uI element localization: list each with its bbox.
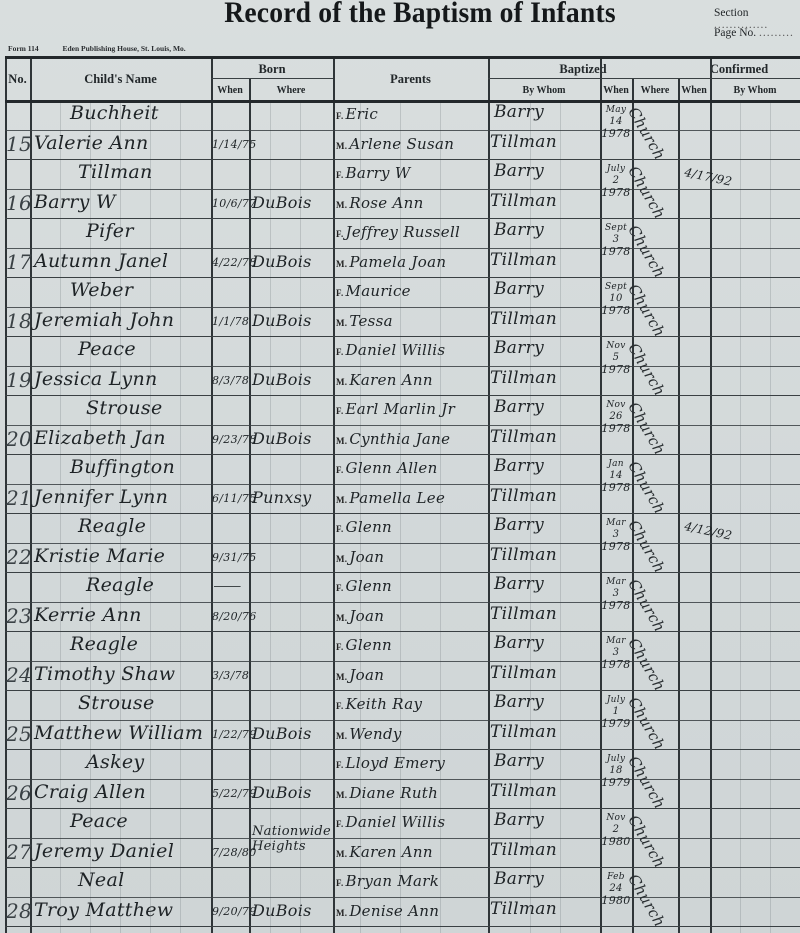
baptized-by-last: Tillman (490, 309, 557, 329)
child-given-names: Elizabeth Jan (34, 427, 166, 449)
father-prefix: F. (336, 878, 344, 888)
born-date: 1/1/78 (212, 315, 249, 328)
header-parents: Parents (333, 72, 488, 87)
father-prefix: F. (336, 760, 344, 770)
baptized-date: Nov51978 (601, 340, 631, 376)
father-name: Daniel Willis (346, 341, 446, 359)
entry-number: 24 (6, 663, 32, 687)
mother-name: Karen Ann (349, 371, 432, 389)
mother-prefix: M. (336, 141, 347, 151)
child-surname: Buchheit (70, 102, 159, 124)
child-surname: Tillman (78, 161, 153, 183)
baptized-by-first: Barry (494, 397, 544, 417)
mother-name: Joan (349, 607, 384, 625)
baptized-date-part: 1979 (601, 777, 631, 789)
mother-prefix: M. (336, 259, 347, 269)
born-place: Nationwide Heights (252, 824, 332, 854)
father-field: F.Glenn (336, 636, 392, 654)
born-date: 6/11/75 (212, 492, 257, 505)
baptized-date: Nov261978 (601, 399, 631, 435)
father-prefix: F. (336, 406, 344, 416)
child-given-names: Barry W (34, 191, 116, 213)
mother-field: M.Joan (336, 548, 384, 566)
mother-field: M.Joan (336, 666, 384, 684)
mother-name: Karen Ann (349, 843, 432, 861)
baptized-by-last: Tillman (490, 427, 557, 447)
baptized-by-first: Barry (494, 102, 544, 122)
born-date: 9/23/78 (212, 433, 257, 446)
born-date: 4/22/78 (212, 256, 257, 269)
born-date: 8/3/78 (212, 374, 249, 387)
born-subheader-rule (211, 78, 333, 79)
header-confirmed: Confirmed (678, 62, 800, 77)
baptized-by-first: Barry (494, 515, 544, 535)
born-date: 3/3/78 (212, 669, 249, 682)
born-date: 9/31/75 (212, 551, 257, 564)
mother-name: Arlene Susan (349, 135, 454, 153)
child-given-names: Jennifer Lynn (34, 486, 168, 508)
mother-field: M.Joan (336, 607, 384, 625)
father-name: Bryan Mark (346, 872, 440, 890)
header-baptized-when: When (600, 85, 632, 96)
father-name: Maurice (346, 282, 411, 300)
mother-name: Cynthia Jane (349, 430, 450, 448)
born-date: 1/22/79 (212, 728, 257, 741)
father-field: F.Keith Ray (336, 695, 422, 713)
baptized-by-last: Tillman (490, 191, 557, 211)
baptized-by-last: Tillman (490, 663, 557, 683)
born-date: 7/28/80 (212, 846, 257, 859)
baptized-confirmed-subheader-rule (488, 78, 800, 79)
child-given-names: Kristie Marie (34, 545, 165, 567)
mother-name: Diane Ruth (349, 784, 438, 802)
born-place: DuBois (252, 252, 312, 271)
baptized-date: July181979 (601, 753, 631, 789)
baptized-by-first: Barry (494, 692, 544, 712)
father-prefix: F. (336, 347, 344, 357)
baptized-date-part: 1978 (601, 305, 631, 317)
mother-name: Rose Ann (349, 194, 423, 212)
entry-number: 27 (6, 840, 32, 864)
baptized-by-first: Barry (494, 220, 544, 240)
born-place: DuBois (252, 311, 312, 330)
mother-name: Tessa (349, 312, 393, 330)
child-surname: Pifer (86, 220, 134, 242)
born-date: 5/22/79 (212, 787, 257, 800)
father-field: F.Daniel Willis (336, 813, 445, 831)
born-date: 1/14/75 (212, 138, 257, 151)
father-prefix: F. (336, 170, 344, 180)
born-date: 8/20/76 (212, 610, 257, 623)
baptized-by-last: Tillman (490, 899, 557, 919)
father-field: F.Glenn (336, 518, 392, 536)
entry-number: 26 (6, 781, 32, 805)
baptized-date: Mar31978 (601, 517, 631, 553)
baptized-by-first: Barry (494, 456, 544, 476)
born-place: DuBois (252, 429, 312, 448)
father-field: F.Daniel Willis (336, 341, 445, 359)
child-given-names: Matthew William (34, 722, 203, 744)
mother-prefix: M. (336, 200, 347, 210)
mother-prefix: M. (336, 436, 347, 446)
child-given-names: Autumn Janel (34, 250, 168, 272)
entry-number: 21 (6, 486, 32, 510)
baptized-by-last: Tillman (490, 604, 557, 624)
born-place: DuBois (252, 193, 312, 212)
entry-divider (5, 926, 800, 927)
baptized-date: Mar31978 (601, 576, 631, 612)
born-place: DuBois (252, 901, 312, 920)
header-confirmed-when: When (678, 85, 710, 96)
born-date: 10/6/77 (212, 197, 257, 210)
father-prefix: F. (336, 465, 344, 475)
father-name: Glenn (346, 518, 392, 536)
father-name: Barry W (346, 164, 411, 182)
father-prefix: F. (336, 524, 344, 534)
mother-prefix: M. (336, 849, 347, 859)
father-name: Lloyd Emery (346, 754, 446, 772)
mother-prefix: M. (336, 613, 347, 623)
father-field: F.Glenn (336, 577, 392, 595)
mother-field: M.Pamella Lee (336, 489, 445, 507)
father-name: Keith Ray (346, 695, 423, 713)
baptized-by-last: Tillman (490, 368, 557, 388)
mother-prefix: M. (336, 672, 347, 682)
mother-name: Wendy (349, 725, 401, 743)
baptized-by-last: Tillman (490, 250, 557, 270)
child-given-names: Jessica Lynn (34, 368, 158, 390)
baptized-date: Feb241980 (601, 871, 631, 907)
baptized-date-part: 1980 (601, 895, 631, 907)
father-field: F.Barry W (336, 164, 411, 182)
father-field: F.Maurice (336, 282, 411, 300)
mother-field: M.Wendy (336, 725, 402, 743)
mother-prefix: M. (336, 495, 347, 505)
born-date: 9/20/79 (212, 905, 257, 918)
father-prefix: F. (336, 583, 344, 593)
baptized-date-part: 1978 (601, 423, 631, 435)
baptized-date-part: 1978 (601, 541, 631, 553)
mother-name: Denise Ann (349, 902, 439, 920)
father-field: F.Jeffrey Russell (336, 223, 460, 241)
baptized-date-part: 1978 (601, 364, 631, 376)
child-given-names: Craig Allen (34, 781, 146, 803)
father-field: F.Glenn Allen (336, 459, 438, 477)
mother-name: Pamella Lee (349, 489, 445, 507)
father-prefix: F. (336, 642, 344, 652)
header-born-where: Where (249, 85, 333, 96)
mother-prefix: M. (336, 790, 347, 800)
child-surname: Reagle (70, 633, 138, 655)
mother-prefix: M. (336, 318, 347, 328)
header-baptized-where: Where (632, 85, 678, 96)
father-prefix: F. (336, 701, 344, 711)
baptized-by-last: Tillman (490, 132, 557, 152)
struck-out-date (214, 580, 241, 593)
baptized-date-part: 1978 (601, 482, 631, 494)
mother-prefix: M. (336, 908, 347, 918)
child-given-names: Jeremy Daniel (34, 840, 174, 862)
father-name: Glenn (346, 577, 392, 595)
header-child-name: Child's Name (30, 72, 211, 87)
header-baptized-by-whom: By Whom (488, 85, 600, 96)
father-name: Earl Marlin Jr (346, 400, 456, 418)
child-surname: Reagle (78, 515, 146, 537)
father-field: F.Eric (336, 105, 378, 123)
baptized-date: July11979 (601, 694, 631, 730)
mother-field: M.Denise Ann (336, 902, 439, 920)
born-place: Punxsy (252, 488, 311, 507)
child-given-names: Jeremiah John (34, 309, 174, 331)
father-name: Eric (346, 105, 379, 123)
entry-number: 19 (6, 368, 32, 392)
father-field: F.Lloyd Emery (336, 754, 445, 772)
baptized-date: Nov21980 (601, 812, 631, 848)
mother-field: M.Arlene Susan (336, 135, 454, 153)
entry-number: 25 (6, 722, 32, 746)
entry-number: 16 (6, 191, 32, 215)
child-surname: Neal (78, 869, 124, 891)
father-name: Glenn (346, 636, 392, 654)
baptized-by-last: Tillman (490, 545, 557, 565)
baptized-by-last: Tillman (490, 781, 557, 801)
father-field: F.Earl Marlin Jr (336, 400, 455, 418)
mother-prefix: M. (336, 554, 347, 564)
born-place: DuBois (252, 783, 312, 802)
father-prefix: F. (336, 229, 344, 239)
child-surname: Askey (86, 751, 144, 773)
baptized-date-part: 1978 (601, 246, 631, 258)
baptized-by-first: Barry (494, 338, 544, 358)
mother-field: M.Pamela Joan (336, 253, 446, 271)
baptized-date: Mar31978 (601, 635, 631, 671)
baptized-date-part: 1980 (601, 836, 631, 848)
entry-number: 23 (6, 604, 32, 628)
baptism-register-table: No. Child's Name Born When Where Parents… (0, 0, 800, 933)
baptized-by-last: Tillman (490, 722, 557, 742)
mother-field: M.Cynthia Jane (336, 430, 450, 448)
father-prefix: F. (336, 819, 344, 829)
baptized-by-first: Barry (494, 869, 544, 889)
ledger-page: Record of the Baptism of Infants Section… (0, 0, 800, 933)
baptized-date-part: 1978 (601, 187, 631, 199)
entry-number: 22 (6, 545, 32, 569)
baptized-by-first: Barry (494, 810, 544, 830)
header-baptized: Baptized (488, 62, 678, 77)
baptized-by-first: Barry (494, 161, 544, 181)
table-top-border (5, 56, 800, 59)
child-surname: Buffington (70, 456, 175, 478)
entry-number: 20 (6, 427, 32, 451)
mother-field: M.Karen Ann (336, 371, 433, 389)
baptized-by-first: Barry (494, 751, 544, 771)
entry-number: 15 (6, 132, 32, 156)
baptized-by-first: Barry (494, 574, 544, 594)
child-surname: Weber (70, 279, 133, 301)
header-confirmed-by-whom: By Whom (710, 85, 800, 96)
baptized-date-part: 1978 (601, 600, 631, 612)
father-field: F.Bryan Mark (336, 872, 439, 890)
baptized-by-last: Tillman (490, 840, 557, 860)
child-given-names: Kerrie Ann (34, 604, 142, 626)
baptized-by-first: Barry (494, 633, 544, 653)
baptized-date-part: 1978 (601, 659, 631, 671)
mother-prefix: M. (336, 731, 347, 741)
child-given-names: Timothy Shaw (34, 663, 175, 685)
baptized-date: Sept101978 (601, 281, 631, 317)
mother-field: M.Tessa (336, 312, 393, 330)
mother-field: M.Rose Ann (336, 194, 424, 212)
child-surname: Reagle (86, 574, 154, 596)
baptized-date-part: 1978 (601, 128, 631, 140)
mother-name: Joan (349, 548, 384, 566)
father-name: Daniel Willis (346, 813, 446, 831)
baptized-date-part: 1979 (601, 718, 631, 730)
born-place: DuBois (252, 370, 312, 389)
entry-number: 28 (6, 899, 32, 923)
father-prefix: F. (336, 111, 344, 121)
entry-number: 17 (6, 250, 32, 274)
child-surname: Peace (78, 338, 136, 360)
header-born-when: When (211, 85, 249, 96)
father-name: Jeffrey Russell (346, 223, 461, 241)
child-given-names: Valerie Ann (34, 132, 149, 154)
mother-name: Pamela Joan (349, 253, 446, 271)
child-surname: Strouse (78, 692, 155, 714)
mother-name: Joan (349, 666, 384, 684)
header-born: Born (211, 62, 333, 77)
baptized-date: May141978 (601, 104, 631, 140)
mother-field: M.Karen Ann (336, 843, 433, 861)
baptized-by-first: Barry (494, 279, 544, 299)
baptized-date: Sept31978 (601, 222, 631, 258)
child-given-names: Troy Matthew (34, 899, 173, 921)
baptized-date: Jan141978 (601, 458, 631, 494)
child-surname: Strouse (86, 397, 163, 419)
baptized-date: July21978 (601, 163, 631, 199)
born-place: DuBois (252, 724, 312, 743)
child-surname: Peace (70, 810, 128, 832)
father-prefix: F. (336, 288, 344, 298)
father-name: Glenn Allen (346, 459, 438, 477)
mother-field: M.Diane Ruth (336, 784, 438, 802)
entry-number: 18 (6, 309, 32, 333)
mother-prefix: M. (336, 377, 347, 387)
header-no: No. (5, 72, 30, 87)
baptized-by-last: Tillman (490, 486, 557, 506)
